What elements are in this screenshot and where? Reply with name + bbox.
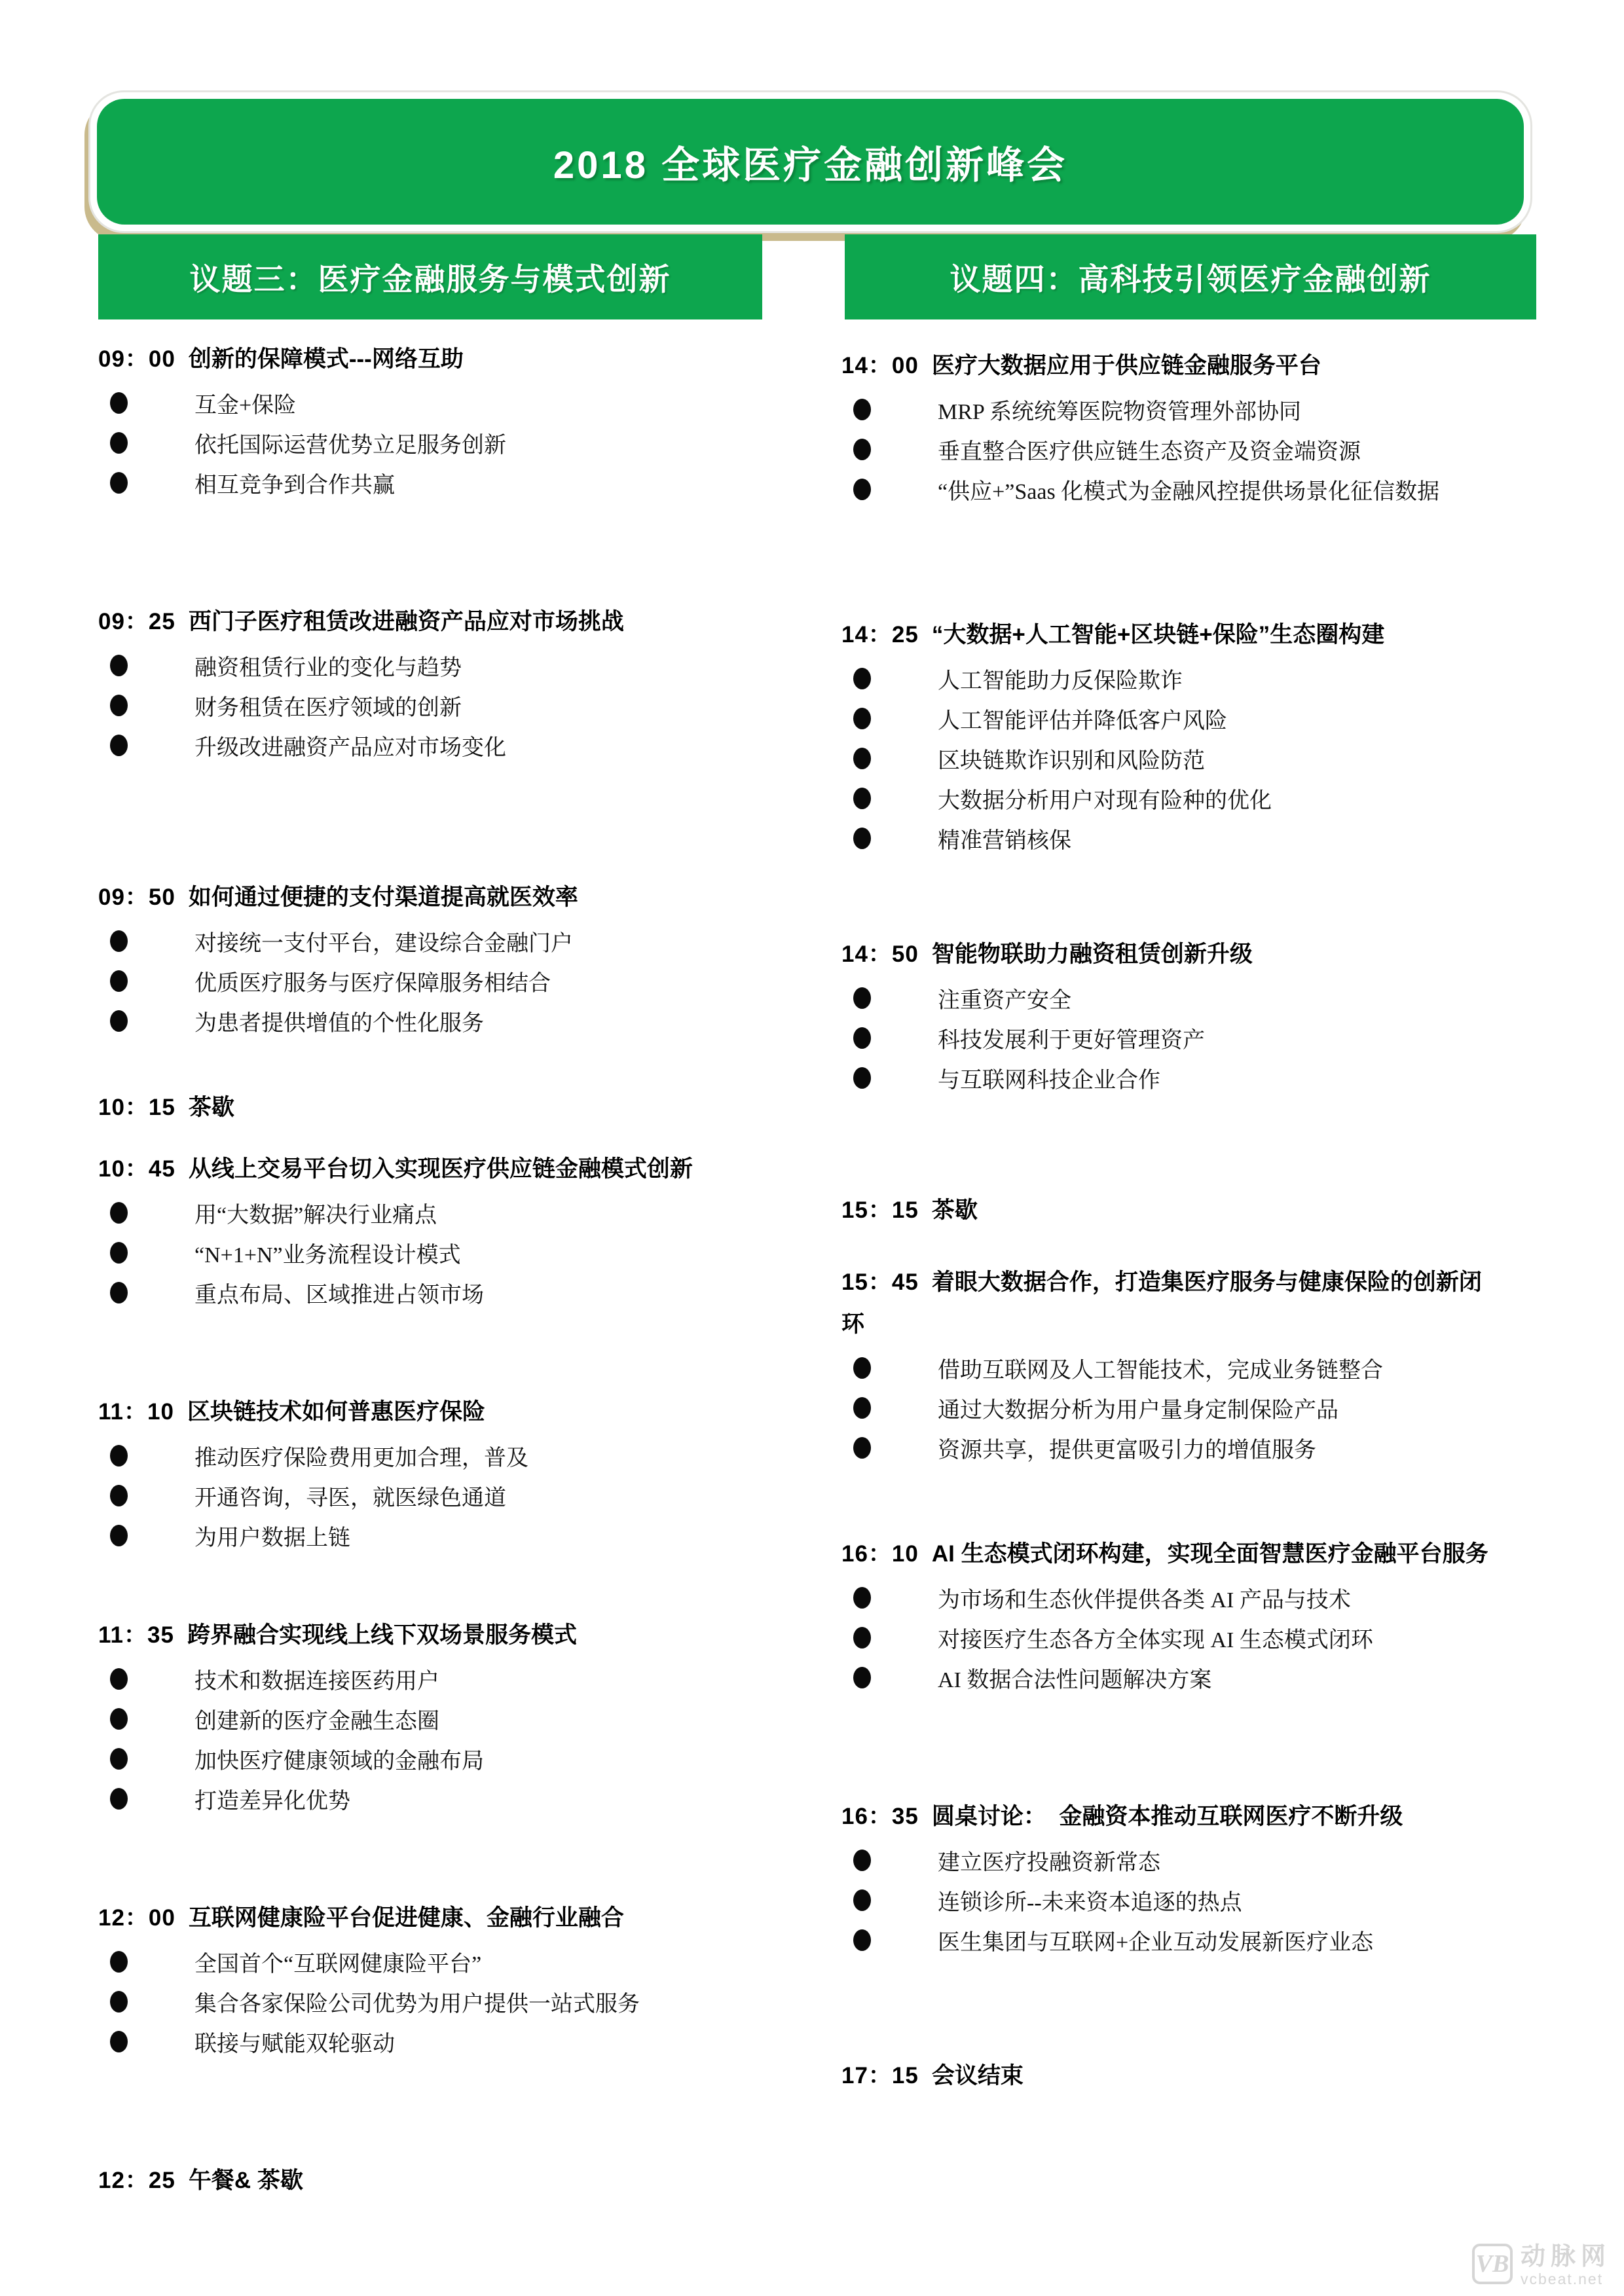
session-bullet-list: 融资租赁行业的变化与趋势财务租赁在医疗领域的创新升级改进融资产品应对市场变化 <box>98 643 783 765</box>
bullet-item: 融资租赁行业的变化与趋势 <box>98 646 783 685</box>
session-heading: 16：35圆桌讨论： 金融资本推动互联网医疗不断升级 <box>841 1796 1543 1838</box>
session-heading: 09：00创新的保障模式---网络互助 <box>98 338 783 380</box>
bullet-item: “N+1+N”业务流程设计模式 <box>98 1233 783 1273</box>
bullet-dot-icon <box>110 472 128 494</box>
bullet-dot-icon <box>110 1010 128 1032</box>
bullet-dot-icon <box>853 439 871 460</box>
bullet-item: AI 数据合法性问题解决方案 <box>841 1658 1543 1698</box>
session-bullet-list: 技术和数据连接医药用户创建新的医疗金融生态圈加快医疗健康领域的金融布局打造差异化… <box>98 1656 783 1819</box>
session-time: 09：25 <box>98 609 175 634</box>
bullet-dot-icon <box>853 1929 871 1951</box>
bullet-dot-icon <box>110 695 128 716</box>
vcbeat-watermark-text: 动脉网 vcbeat.net <box>1521 2244 1611 2288</box>
bullet-dot-icon <box>110 1788 128 1810</box>
session-bullet-list: MRP 系统统筹医院物资管理外部协同垂直整合医疗供应链生态资产及资金端资源“供应… <box>841 387 1543 509</box>
page-title: 2018 全球医疗金融创新峰会 <box>553 134 1067 189</box>
bullet-text: 集合各家保险公司优势为用户提供一站式服务 <box>194 1986 640 2018</box>
session-title: 创新的保障模式---网络互助 <box>189 346 464 372</box>
bullet-dot-icon <box>853 987 871 1009</box>
bullet-text: 开通咨询，寻医，就医绿色通道 <box>194 1480 506 1512</box>
bullet-text: 相互竞争到合作共赢 <box>194 467 395 499</box>
bullet-text: AI 数据合法性问题解决方案 <box>938 1662 1211 1694</box>
bullet-text: 人工智能助力反保险欺诈 <box>938 663 1183 695</box>
bullet-text: MRP 系统统筹医院物资管理外部协同 <box>938 393 1301 426</box>
session-heading: 15：45着眼大数据合作，打造集医疗服务与健康保险的创新闭 环 <box>841 1262 1543 1345</box>
bullet-text: 打造差异化优势 <box>194 1783 350 1815</box>
bullet-text: 科技发展利于更好管理资产 <box>938 1022 1205 1054</box>
session-block: 15：45着眼大数据合作，打造集医疗服务与健康保险的创新闭 环借助互联网及人工智… <box>841 1262 1543 1468</box>
bullet-dot-icon <box>110 1708 128 1730</box>
session-block: 16：35圆桌讨论： 金融资本推动互联网医疗不断升级建立医疗投融资新常态连锁诊所… <box>841 1796 1543 1960</box>
bullet-item: 集合各家保险公司优势为用户提供一站式服务 <box>98 1982 783 2022</box>
session-title: 着眼大数据合作，打造集医疗服务与健康保险的创新闭 环 <box>841 1269 1482 1337</box>
bullet-item: 技术和数据连接医药用户 <box>98 1659 783 1699</box>
bullet-text: 人工智能评估并降低客户风险 <box>938 702 1227 735</box>
session-bullet-list: 借助互联网及人工智能技术，完成业务链整合通过大数据分析为用户量身定制保险产品资源… <box>841 1345 1543 1468</box>
summit-banner-panel: 2018 全球医疗金融创新峰会 <box>97 99 1524 225</box>
session-block: 12：00互联网健康险平台促进健康、金融行业融合全国首个“互联网健康险平台”集合… <box>98 1897 783 2062</box>
session-block: 09：50如何通过便捷的支付渠道提高就医效率对接统一支付平台，建设综合金融门户优… <box>98 877 783 1041</box>
bullet-item: 联接与赋能双轮驱动 <box>98 2022 783 2062</box>
session-block: 14：50智能物联助力融资租赁创新升级注重资产安全科技发展利于更好管理资产与互联… <box>841 934 1543 1098</box>
session-block: 09：00创新的保障模式---网络互助互金+保险依托国际运营优势立足服务创新相互… <box>98 338 783 503</box>
bullet-text: 为用户数据上链 <box>194 1520 350 1552</box>
topic-three-title: 议题三：医疗金融服务与模式创新 <box>190 255 671 299</box>
bullet-text: 升级改进融资产品应对市场变化 <box>194 729 506 761</box>
session-title: 智能物联助力融资租赁创新升级 <box>932 941 1253 967</box>
bullet-dot-icon <box>110 1668 128 1690</box>
bullet-text: “N+1+N”业务流程设计模式 <box>194 1237 461 1269</box>
vcbeat-site: vcbeat.net <box>1521 2270 1611 2288</box>
session-title: 圆桌讨论： 金融资本推动互联网医疗不断升级 <box>932 1804 1403 1829</box>
bullet-item: 垂直整合医疗供应链生态资产及资金端资源 <box>841 429 1543 469</box>
session-title: AI 生态模式闭环构建，实现全面智慧医疗金融平台服务 <box>932 1541 1488 1567</box>
bullet-dot-icon <box>110 655 128 676</box>
session-time: 14：25 <box>841 622 919 647</box>
session-block: 15：15茶歇 <box>841 1190 1543 1231</box>
session-title: 跨界融合实现线上线下双场景服务模式 <box>187 1622 577 1648</box>
bullet-dot-icon <box>110 1445 128 1467</box>
bullet-dot-icon <box>853 668 871 689</box>
session-heading: 10：45从线上交易平台切入实现医疗供应链金融模式创新 <box>98 1148 783 1190</box>
bullet-text: 对接医疗生态各方全体实现 AI 生态模式闭环 <box>938 1622 1373 1654</box>
bullet-dot-icon <box>853 399 871 420</box>
bullet-text: 财务租赁在医疗领域的创新 <box>194 689 462 721</box>
topic-four-header-bar: 议题四：高科技引领医疗金融创新 <box>845 234 1536 319</box>
bullet-item: 财务租赁在医疗领域的创新 <box>98 685 783 725</box>
bullet-dot-icon <box>853 1889 871 1911</box>
session-bullet-list: 全国首个“互联网健康险平台”集合各家保险公司优势为用户提供一站式服务联接与赋能双… <box>98 1939 783 2062</box>
bullet-text: 为市场和生态伙伴提供各类 AI 产品与技术 <box>938 1582 1351 1614</box>
session-time: 16：35 <box>841 1804 919 1829</box>
bullet-item: 打造差异化优势 <box>98 1779 783 1819</box>
session-block: 10：15茶歇 <box>98 1087 783 1129</box>
bullet-text: 用“大数据”解决行业痛点 <box>194 1197 437 1229</box>
session-title: 医疗大数据应用于供应链金融服务平台 <box>932 353 1321 378</box>
bullet-dot-icon <box>853 1397 871 1419</box>
session-heading: 12：00互联网健康险平台促进健康、金融行业融合 <box>98 1897 783 1939</box>
bullet-item: 推动医疗保险费用更加合理，普及 <box>98 1436 783 1476</box>
bullet-item: 依托国际运营优势立足服务创新 <box>98 423 783 463</box>
bullet-dot-icon <box>110 2031 128 2052</box>
topic-three-header-bar: 议题三：医疗金融服务与模式创新 <box>98 234 762 319</box>
session-title: 会议结束 <box>932 2063 1024 2088</box>
bullet-text: 互金+保险 <box>194 387 296 419</box>
bullet-text: 融资租赁行业的变化与趋势 <box>194 649 462 682</box>
session-bullet-list: 为市场和生态伙伴提供各类 AI 产品与技术对接医疗生态各方全体实现 AI 生态模… <box>841 1575 1543 1698</box>
session-title: 区块链技术如何普惠医疗保险 <box>187 1399 485 1425</box>
session-block: 16：10AI 生态模式闭环构建，实现全面智慧医疗金融平台服务为市场和生态伙伴提… <box>841 1533 1543 1698</box>
bullet-item: 连锁诊所--未来资本追逐的热点 <box>841 1880 1543 1920</box>
agenda-column-topic-four: 14：00医疗大数据应用于供应链金融服务平台MRP 系统统筹医院物资管理外部协同… <box>841 319 1543 2097</box>
session-heading: 14：50智能物联助力融资租赁创新升级 <box>841 934 1543 975</box>
bullet-text: 精准营销核保 <box>938 822 1071 854</box>
session-time: 11：10 <box>98 1399 174 1425</box>
agenda-column-topic-three: 09：00创新的保障模式---网络互助互金+保险依托国际运营优势立足服务创新相互… <box>98 319 783 2202</box>
bullet-text: 大数据分析用户对现有险种的优化 <box>938 782 1272 814</box>
session-block: 17：15会议结束 <box>841 2055 1543 2097</box>
bullet-item: 优质医疗服务与医疗保障服务相结合 <box>98 961 783 1001</box>
session-bullet-list: 注重资产安全科技发展利于更好管理资产与互联网科技企业合作 <box>841 975 1543 1098</box>
bullet-dot-icon <box>110 930 128 952</box>
bullet-dot-icon <box>110 1991 128 2013</box>
bullet-text: 重点布局、区域推进占领市场 <box>194 1277 484 1309</box>
session-heading: 15：15茶歇 <box>841 1190 1543 1231</box>
bullet-text: 为患者提供增值的个性化服务 <box>194 1005 484 1037</box>
bullet-text: 创建新的医疗金融生态圈 <box>194 1703 439 1735</box>
bullet-dot-icon <box>853 828 871 849</box>
vcbeat-name: 动脉网 <box>1521 2244 1611 2270</box>
session-block: 11：10区块链技术如何普惠医疗保险推动医疗保险费用更加合理，普及开通咨询，寻医… <box>98 1391 783 1556</box>
session-bullet-list: 人工智能助力反保险欺诈人工智能评估并降低客户风险区块链欺诈识别和风险防范大数据分… <box>841 656 1543 858</box>
session-time: 10：45 <box>98 1156 175 1182</box>
bullet-dot-icon <box>853 708 871 729</box>
bullet-item: 互金+保险 <box>98 383 783 423</box>
bullet-item: 资源共享，提供更富吸引力的增值服务 <box>841 1428 1543 1468</box>
bullet-text: 对接统一支付平台，建设综合金融门户 <box>194 925 573 957</box>
bullet-dot-icon <box>853 1067 871 1089</box>
bullet-text: 借助互联网及人工智能技术，完成业务链整合 <box>938 1352 1383 1384</box>
bullet-text: “供应+”Saas 化模式为金融风控提供场景化征信数据 <box>938 473 1439 505</box>
bullet-dot-icon <box>110 1748 128 1770</box>
session-title: “大数据+人工智能+区块链+保险”生态圈构建 <box>932 622 1384 647</box>
bullet-dot-icon <box>110 1485 128 1506</box>
bullet-dot-icon <box>853 1027 871 1049</box>
session-heading: 11：35跨界融合实现线上线下双场景服务模式 <box>98 1614 783 1656</box>
bullet-dot-icon <box>853 1357 871 1379</box>
bullet-item: 用“大数据”解决行业痛点 <box>98 1193 783 1233</box>
session-title: 互联网健康险平台促进健康、金融行业融合 <box>189 1905 624 1931</box>
bullet-item: 加快医疗健康领域的金融布局 <box>98 1739 783 1779</box>
bullet-dot-icon <box>853 1587 871 1609</box>
bullet-item: 为患者提供增值的个性化服务 <box>98 1001 783 1041</box>
bullet-item: 精准营销核保 <box>841 818 1543 858</box>
bullet-dot-icon <box>853 1627 871 1649</box>
session-title: 午餐& 茶歇 <box>189 2168 303 2193</box>
session-time: 09：50 <box>98 884 175 910</box>
session-heading: 10：15茶歇 <box>98 1087 783 1129</box>
session-heading: 16：10AI 生态模式闭环构建，实现全面智慧医疗金融平台服务 <box>841 1533 1543 1575</box>
bullet-dot-icon <box>110 1282 128 1303</box>
bullet-text: 区块链欺诈识别和风险防范 <box>938 742 1205 774</box>
session-heading: 17：15会议结束 <box>841 2055 1543 2097</box>
bullet-text: 资源共享，提供更富吸引力的增值服务 <box>938 1432 1316 1464</box>
bullet-text: 加快医疗健康领域的金融布局 <box>194 1743 484 1775</box>
bullet-item: 与互联网科技企业合作 <box>841 1058 1543 1098</box>
session-heading: 14：25“大数据+人工智能+区块链+保险”生态圈构建 <box>841 614 1543 656</box>
bullet-dot-icon <box>853 479 871 500</box>
session-title: 茶歇 <box>189 1095 234 1120</box>
bullet-text: 全国首个“互联网健康险平台” <box>194 1946 481 1978</box>
bullet-text: 垂直整合医疗供应链生态资产及资金端资源 <box>938 433 1361 465</box>
bullet-text: 医生集团与互联网+企业互动发展新医疗业态 <box>938 1924 1373 1956</box>
bullet-item: 为市场和生态伙伴提供各类 AI 产品与技术 <box>841 1578 1543 1618</box>
bullet-item: 区块链欺诈识别和风险防范 <box>841 738 1543 778</box>
bullet-item: 重点布局、区域推进占领市场 <box>98 1273 783 1313</box>
session-time: 16：10 <box>841 1541 919 1567</box>
bullet-item: 升级改进融资产品应对市场变化 <box>98 725 783 765</box>
session-heading: 09：50如何通过便捷的支付渠道提高就医效率 <box>98 877 783 919</box>
session-heading: 11：10区块链技术如何普惠医疗保险 <box>98 1391 783 1433</box>
session-time: 11：35 <box>98 1622 174 1648</box>
bullet-item: MRP 系统统筹医院物资管理外部协同 <box>841 390 1543 429</box>
bullet-item: 建立医疗投融资新常态 <box>841 1840 1543 1880</box>
session-time: 14：00 <box>841 353 919 378</box>
session-block: 09：25西门子医疗租赁改进融资产品应对市场挑战融资租赁行业的变化与趋势财务租赁… <box>98 601 783 765</box>
session-title: 西门子医疗租赁改进融资产品应对市场挑战 <box>189 609 624 634</box>
session-bullet-list: 推动医疗保险费用更加合理，普及开通咨询，寻医，就医绿色通道为用户数据上链 <box>98 1433 783 1556</box>
bullet-item: 借助互联网及人工智能技术，完成业务链整合 <box>841 1348 1543 1388</box>
bullet-item: 医生集团与互联网+企业互动发展新医疗业态 <box>841 1920 1543 1960</box>
bullet-dot-icon <box>853 748 871 769</box>
session-heading: 09：25西门子医疗租赁改进融资产品应对市场挑战 <box>98 601 783 643</box>
session-time: 17：15 <box>841 2063 919 2088</box>
bullet-item: 开通咨询，寻医，就医绿色通道 <box>98 1476 783 1516</box>
bullet-dot-icon <box>853 1667 871 1688</box>
session-time: 12：25 <box>98 2168 175 2193</box>
session-time: 09：00 <box>98 346 175 372</box>
session-block: 14：25“大数据+人工智能+区块链+保险”生态圈构建人工智能助力反保险欺诈人工… <box>841 614 1543 858</box>
bullet-text: 依托国际运营优势立足服务创新 <box>194 427 506 459</box>
bullet-item: 通过大数据分析为用户量身定制保险产品 <box>841 1388 1543 1428</box>
summit-banner: 2018 全球医疗金融创新峰会 <box>88 90 1532 233</box>
topic-four-title: 议题四：高科技引领医疗金融创新 <box>950 255 1431 299</box>
bullet-item: 科技发展利于更好管理资产 <box>841 1018 1543 1058</box>
bullet-dot-icon <box>110 392 128 414</box>
bullet-item: 对接医疗生态各方全体实现 AI 生态模式闭环 <box>841 1618 1543 1658</box>
bullet-text: 联接与赋能双轮驱动 <box>194 2026 395 2058</box>
bullet-item: 相互竞争到合作共赢 <box>98 463 783 503</box>
bullet-dot-icon <box>853 1437 871 1459</box>
session-block: 14：00医疗大数据应用于供应链金融服务平台MRP 系统统筹医院物资管理外部协同… <box>841 345 1543 509</box>
bullet-item: 创建新的医疗金融生态圈 <box>98 1699 783 1739</box>
bullet-item: “供应+”Saas 化模式为金融风控提供场景化征信数据 <box>841 469 1543 509</box>
bullet-text: 与互联网科技企业合作 <box>938 1062 1160 1094</box>
session-heading: 14：00医疗大数据应用于供应链金融服务平台 <box>841 345 1543 387</box>
bullet-dot-icon <box>110 1202 128 1224</box>
bullet-dot-icon <box>110 432 128 454</box>
bullet-text: 建立医疗投融资新常态 <box>938 1844 1160 1876</box>
bullet-text: 连锁诊所--未来资本追逐的热点 <box>938 1884 1242 1916</box>
session-heading: 12：25午餐& 茶歇 <box>98 2160 783 2202</box>
session-block: 12：25午餐& 茶歇 <box>98 2160 783 2202</box>
bullet-dot-icon <box>853 788 871 809</box>
session-bullet-list: 建立医疗投融资新常态连锁诊所--未来资本追逐的热点医生集团与互联网+企业互动发展… <box>841 1838 1543 1960</box>
bullet-item: 对接统一支付平台，建设综合金融门户 <box>98 921 783 961</box>
bullet-dot-icon <box>110 1525 128 1546</box>
bullet-text: 推动医疗保险费用更加合理，普及 <box>194 1440 528 1472</box>
bullet-dot-icon <box>110 735 128 756</box>
bullet-item: 人工智能助力反保险欺诈 <box>841 659 1543 699</box>
session-time: 15：45 <box>841 1269 919 1295</box>
session-bullet-list: 对接统一支付平台，建设综合金融门户优质医疗服务与医疗保障服务相结合为患者提供增值… <box>98 919 783 1041</box>
bullet-item: 注重资产安全 <box>841 978 1543 1018</box>
bullet-dot-icon <box>853 1850 871 1871</box>
vcbeat-logo-icon: VB <box>1472 2244 1513 2284</box>
vcbeat-watermark: VB 动脉网 vcbeat.net <box>1472 2244 1611 2288</box>
bullet-item: 人工智能评估并降低客户风险 <box>841 699 1543 738</box>
session-bullet-list: 用“大数据”解决行业痛点“N+1+N”业务流程设计模式重点布局、区域推进占领市场 <box>98 1190 783 1313</box>
bullet-item: 全国首个“互联网健康险平台” <box>98 1942 783 1982</box>
session-time: 12：00 <box>98 1905 175 1931</box>
bullet-dot-icon <box>110 1951 128 1973</box>
bullet-text: 通过大数据分析为用户量身定制保险产品 <box>938 1392 1338 1424</box>
bullet-item: 大数据分析用户对现有险种的优化 <box>841 778 1543 818</box>
session-title: 如何通过便捷的支付渠道提高就医效率 <box>189 884 578 910</box>
session-title: 从线上交易平台切入实现医疗供应链金融模式创新 <box>189 1156 693 1182</box>
session-title: 茶歇 <box>932 1197 978 1223</box>
session-time: 14：50 <box>841 941 919 967</box>
session-block: 10：45从线上交易平台切入实现医疗供应链金融模式创新用“大数据”解决行业痛点“… <box>98 1148 783 1313</box>
session-time: 15：15 <box>841 1197 919 1223</box>
bullet-text: 注重资产安全 <box>938 982 1071 1014</box>
bullet-dot-icon <box>110 1242 128 1264</box>
session-bullet-list: 互金+保险依托国际运营优势立足服务创新相互竞争到合作共赢 <box>98 380 783 503</box>
bullet-dot-icon <box>110 970 128 992</box>
bullet-text: 技术和数据连接医药用户 <box>194 1663 439 1695</box>
bullet-text: 优质医疗服务与医疗保障服务相结合 <box>194 965 551 997</box>
bullet-item: 为用户数据上链 <box>98 1516 783 1556</box>
session-time: 10：15 <box>98 1095 175 1120</box>
session-block: 11：35跨界融合实现线上线下双场景服务模式技术和数据连接医药用户创建新的医疗金… <box>98 1614 783 1819</box>
